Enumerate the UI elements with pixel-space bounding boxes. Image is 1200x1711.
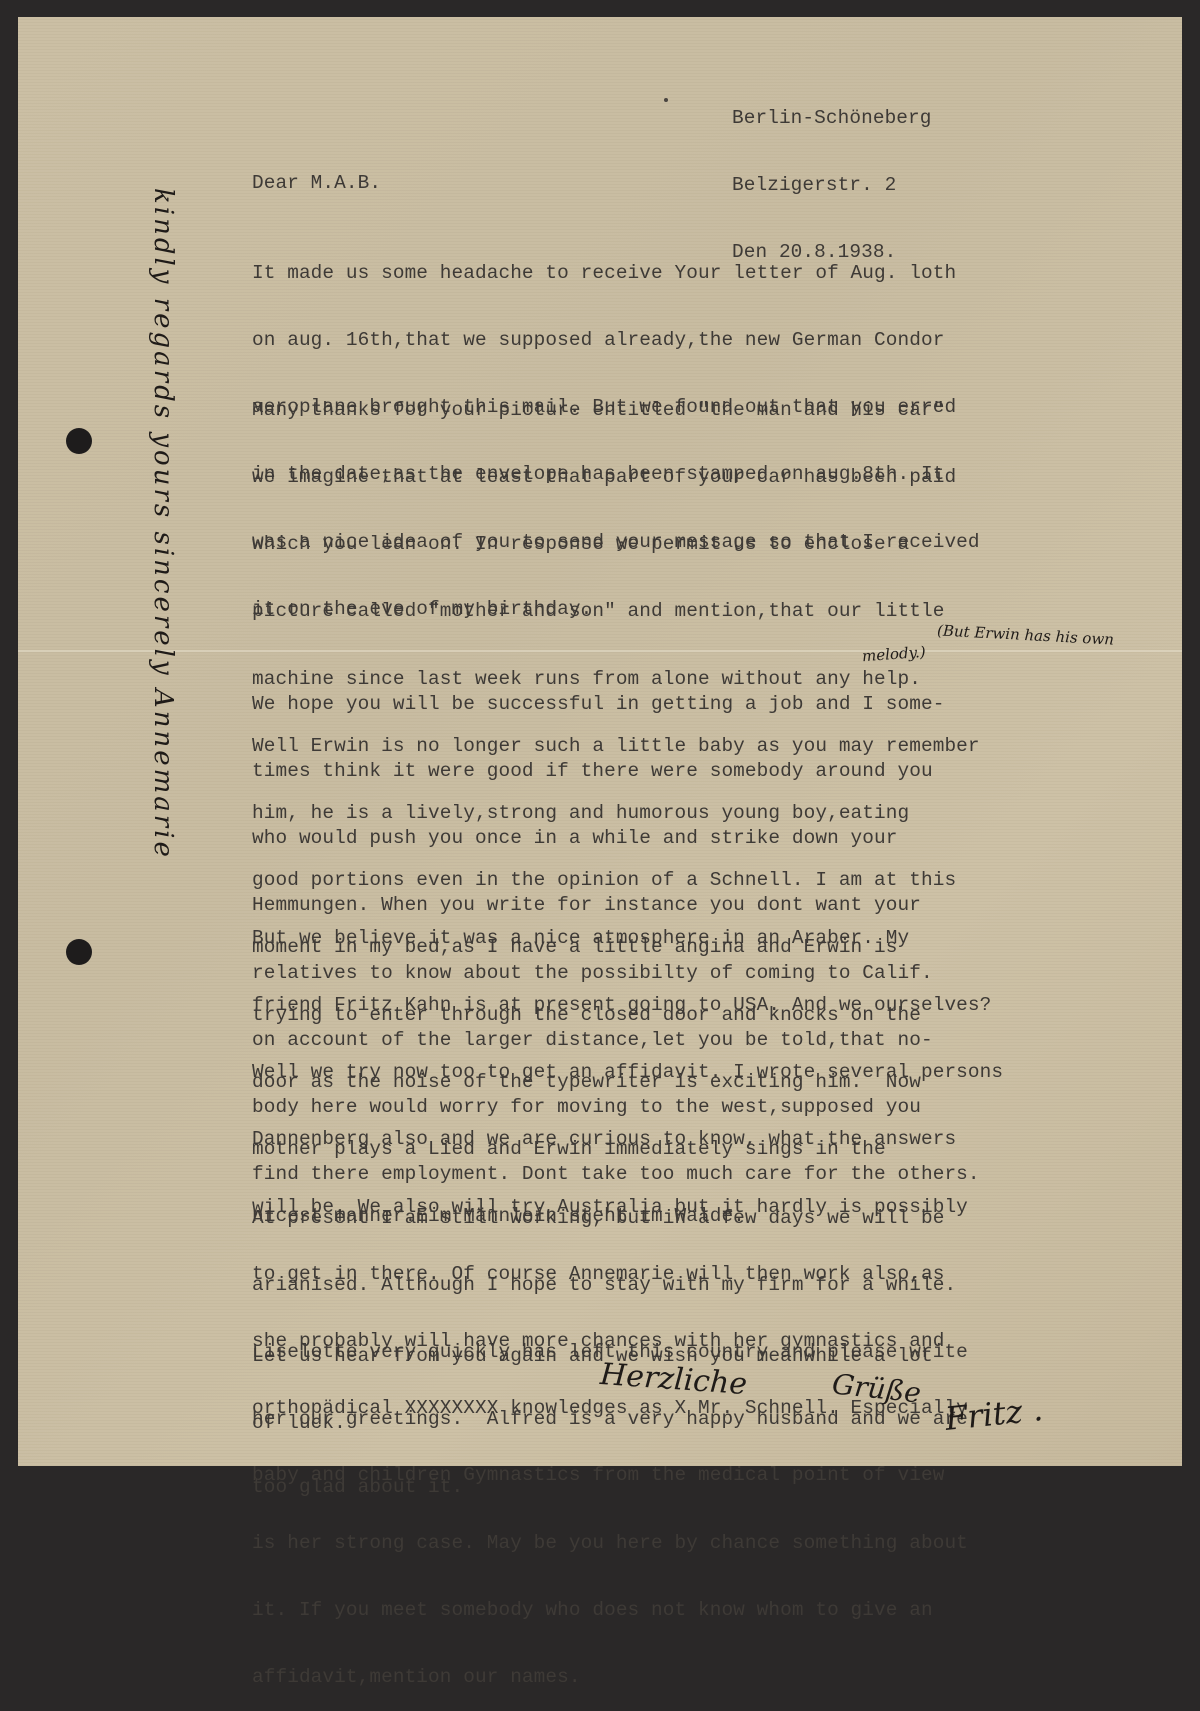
ink-dot — [664, 98, 668, 102]
text-line: on aug. 16th,that we supposed already,th… — [252, 329, 980, 351]
handwritten-margin-note: kindly regards yours sincerely Annemarie — [148, 188, 178, 860]
salutation: Dear M.A.B. — [252, 172, 381, 194]
text-line: At present I am still working, but in a … — [252, 1207, 968, 1229]
text-line: friend Fritz Kahn is at present going to… — [252, 994, 1003, 1016]
text-line: picture called "mother and son" and ment… — [252, 600, 980, 622]
text-line: of luck. — [252, 1412, 933, 1434]
text-line: which you lean on. In response we permit… — [252, 533, 980, 555]
text-line: It made us some headache to receive Your… — [252, 262, 980, 284]
paragraph-6: Let us hear from you again and we wish y… — [252, 1300, 933, 1457]
text-line: who would push you once in a while and s… — [252, 827, 980, 849]
text-line: we imagine that at least that part of yo… — [252, 466, 980, 488]
text-line: times think it were good if there were s… — [252, 760, 980, 782]
text-line: Let us hear from you again and we wish y… — [252, 1345, 933, 1367]
text-line: arianised. Although I hope to stay with … — [252, 1274, 968, 1296]
text-line: Many thanks for your picture entitled "t… — [252, 399, 980, 421]
text-line: But we believe it was a nice atmosphere … — [252, 927, 1003, 949]
address-city: Berlin-Schöneberg — [732, 107, 932, 129]
text-line: too glad about it. — [252, 1476, 968, 1486]
punch-hole-top — [66, 428, 92, 454]
text-line: We hope you will be successful in gettin… — [252, 693, 980, 715]
punch-hole-bottom — [66, 939, 92, 965]
text-line: Well we try now too to get an affidavit.… — [252, 1061, 1003, 1083]
address-street: Belzigerstr. 2 — [732, 174, 932, 196]
text-line: Dannenberg also and we are curious to kn… — [252, 1128, 1003, 1150]
